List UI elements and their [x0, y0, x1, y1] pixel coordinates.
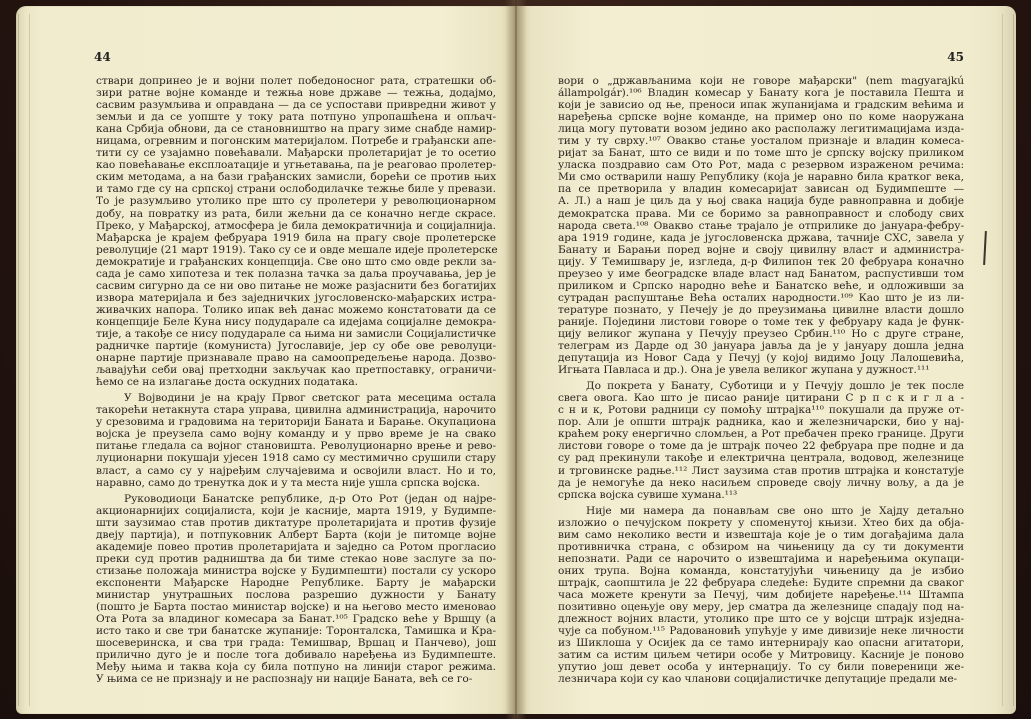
text-line: и трговинске радње.¹¹² Лист заузима став…	[558, 465, 964, 477]
paragraph: Није ми намера да понављам све оно што ј…	[558, 505, 964, 686]
text-line: извора материјала и без заједничких југо…	[96, 292, 496, 304]
text-line: који је зависио од ње, преноси ипак жупа…	[558, 99, 964, 111]
text-line: демократије и грађанских концепција. Све…	[96, 256, 496, 268]
text-line: акционарнијих социјалиста, који је касни…	[96, 505, 496, 517]
page-number: 45	[947, 50, 964, 64]
text-line: чује са побуном.¹¹⁵ Радовановић упућује …	[558, 625, 964, 637]
text-line: ским методама, а на бази грађанских зами…	[96, 171, 496, 183]
pencil-margin-mark	[983, 231, 987, 265]
text-line: Банату и Барањи поред војне и своју циви…	[558, 244, 964, 256]
text-line: ницама, огревним и погонским материјалом…	[96, 135, 496, 147]
text-line: Преко, у Мађарској, атмосфера је била де…	[96, 220, 496, 232]
body-text: вори о „држављанима који не говоре мађар…	[558, 75, 964, 685]
text-line: упутио још девет особа у интернацију. То…	[558, 661, 964, 673]
text-line: депутација из Новог Сада у Печуј (у којо…	[558, 352, 964, 364]
text-line: Руководиоци Банатске републике, д-р Ото …	[96, 493, 496, 505]
text-line: Ота Рота за владиног комесара за Банат.¹…	[96, 613, 496, 625]
text-line: радничке партије (комуниста) Југославије…	[96, 340, 496, 352]
text-line: љавајући себи овај претходни закључак ка…	[96, 364, 496, 376]
text-line: лезничара који су као чланови социјалист…	[558, 673, 964, 685]
text-line: Игњата Павласа и др.). Она је увела вели…	[558, 364, 964, 376]
text-line: лица могу путовати возом једино ако расп…	[558, 123, 964, 135]
text-line: часа можете кренути за Печуј, чим добије…	[558, 589, 964, 601]
text-line: А. Л.) а наш је циљ да у њој свака нациј…	[558, 195, 964, 207]
text-line: свега овога. Као што је писао раније цит…	[558, 392, 964, 404]
text-line: цију. У Темишвару је, изгледа, д-р Филип…	[558, 256, 964, 268]
text-line: преузео у име београдске владе власт над…	[558, 268, 964, 280]
text-line: приликом и Српско народно веће и Банатск…	[558, 280, 964, 292]
text-line: пор. Али је општи штрајк радника, као и …	[558, 416, 964, 428]
page-edges	[1002, 14, 1014, 706]
text-line: ћемо се на излагање доста оскудних подат…	[96, 376, 496, 388]
text-line: су рад прекинули такође и електрична цен…	[558, 452, 964, 464]
page-edges	[18, 14, 30, 706]
body-text: ствари допринео је и војни полет победон…	[96, 75, 496, 685]
text-line: тим у ту сврху.¹⁰⁷ Овакво стање уосталом…	[558, 135, 964, 147]
text-line: штрајк, саопштила је 22 фебруара следеће…	[558, 577, 964, 589]
text-line: прилично дуго је и после тога добивало н…	[96, 649, 496, 661]
paragraph: До покрета у Банату, Суботици и у Печују…	[558, 380, 964, 500]
text-line: добу, на повратку из рата, били жељни да…	[96, 208, 496, 220]
text-line: стизање положаја министра војске у Будим…	[96, 565, 496, 577]
text-line: Ми смо остварили нашу Републику (која је…	[558, 171, 964, 183]
text-line: наравно, само до тренутка док и у та мес…	[96, 477, 496, 489]
text-line: állampolgár).¹⁰⁶ Владин комесар у Банату…	[558, 87, 964, 99]
text-line: кана Србија обнови, да се становништво н…	[96, 123, 496, 135]
text-line: експоненти Мађарске Народне Републике. Б…	[96, 577, 496, 589]
text-line: У Војводини је на крају Првог светског р…	[96, 392, 496, 404]
text-line: академије повео против пролетаријата и з…	[96, 541, 496, 553]
text-line: српска војска сувише хумана.¹¹³	[558, 489, 964, 501]
text-line: па се претворила у владин комесаријат за…	[558, 183, 964, 195]
book-spine	[505, 0, 527, 719]
text-line: двеју партија), и потпуковник Алберт Бар…	[96, 529, 496, 541]
text-line: Међу њима и таква која су била потпуно н…	[96, 661, 496, 673]
text-line: преки суд против радништва да би тиме ст…	[96, 553, 496, 565]
text-line: изложио о печујском покрету у споменутој…	[558, 517, 964, 529]
text-line: луционарни покушаји ујесен 1918 само су …	[96, 452, 496, 464]
text-line: као повећавање експлоатације и угњетавањ…	[96, 159, 496, 171]
text-line: позитивно оцењује ову меру, јер сматра д…	[558, 601, 964, 613]
text-line: тературе познато, у Печеју је до преузим…	[558, 304, 964, 316]
text-line: и тамо где су на српској страни ослободи…	[96, 183, 496, 195]
paragraph: ствари допринео је и војни полет победон…	[96, 75, 496, 388]
text-line: оних трупа. Војна команда, констатујући …	[558, 565, 964, 577]
text-line: шти заузимао став против диктатуре проле…	[96, 517, 496, 529]
text-line: вим само неколико вести и извештаја које…	[558, 529, 964, 541]
text-line: краћем року енергично сломљен, а Рот пре…	[558, 428, 964, 440]
text-line: министар унутрашњих послова разрешио дуж…	[96, 589, 496, 601]
text-line: власт, а само су у најређим случајевима …	[96, 465, 496, 477]
text-line: У њима се не признају и не распознају ни…	[96, 673, 496, 685]
right-page: 45 вори о „држављанима који не говоре ма…	[516, 6, 1016, 714]
text-line: с н и к, Ротови радници су помоћу штрајк…	[558, 404, 964, 416]
text-line: До покрета у Банату, Суботици и у Печују…	[558, 380, 964, 392]
text-line: затим са истим циљем четири особе у Митр…	[558, 649, 964, 661]
text-line: ријат за Банат, што се види и по томе шт…	[558, 147, 964, 159]
text-line: питање гледала са војног становишта. Рев…	[96, 440, 496, 452]
text-line: длежност војних власти, утолико пре што …	[558, 613, 964, 625]
text-line: из Шиклоша у Осијек да се тамо интернира…	[558, 637, 964, 649]
text-line: цију великог жупана у Печују преузео Срб…	[558, 328, 964, 340]
text-line: тити су се узајамно повећавали. Мађарски…	[96, 147, 496, 159]
text-line: тије, а такође се нису подударале са њим…	[96, 328, 496, 340]
text-line: противничка страна, с обзиром на чињениц…	[558, 541, 964, 553]
text-line: раније. Поједини листови говоре о томе т…	[558, 316, 964, 328]
text-line: Мађарска је крајем фебруара 1919 била на…	[96, 232, 496, 244]
text-line: народа света.¹⁰⁸ Овакво стање трајало је…	[558, 220, 964, 232]
text-line: ара 1919 године, када је југословенска д…	[558, 232, 964, 244]
text-line: у срезовима и градовима на територији Ба…	[96, 416, 496, 428]
text-line: исто тако и све три банатске жупаније: Т…	[96, 625, 496, 637]
text-line: да је немогуће да неко насиљем спроведе …	[558, 477, 964, 489]
text-line: сасвим разумљива и оправдана — да се усп…	[96, 99, 496, 111]
text-line: сасвим сигурно да се ни ово питање не мо…	[96, 280, 496, 292]
text-line: наређења српске војне команде, на пример…	[558, 111, 964, 123]
text-line: уласка поздравио сам Ото Рот, мада с рез…	[558, 159, 964, 171]
text-line: живачких напора. Толико ипак већ данас м…	[96, 304, 496, 316]
page-number: 44	[94, 50, 111, 64]
text-line: телеграм из Дарде од 30 јануара јавља да…	[558, 340, 964, 352]
text-line: револуције (21 март 1919). Тако су се и …	[96, 244, 496, 256]
text-line: такорећи нетакнута стара управа, цивилна…	[96, 404, 496, 416]
text-line: концепције Беле Куна нису подударале са …	[96, 316, 496, 328]
text-line: ствари допринео је и војни полет победон…	[96, 75, 496, 87]
paragraph: Руководиоци Банатске републике, д-р Ото …	[96, 493, 496, 686]
paragraph: вори о „држављанима који не говоре мађар…	[558, 75, 964, 376]
text-line: листови говоре о томе да је штрајк почео…	[558, 440, 964, 452]
text-line: зири ратне војне команде и тежња нове др…	[96, 87, 496, 99]
text-line: (пошто је Барта постао министар војске) …	[96, 601, 496, 613]
text-line: демократска права. Ми се боримо за равно…	[558, 208, 964, 220]
text-line: војска је преузела само војну команду и …	[96, 428, 496, 440]
text-line: сутрадан распуштање Већа осталих народно…	[558, 292, 964, 304]
text-line: непознати. Ради се нарочито о извештајим…	[558, 553, 964, 565]
text-line: вори о „држављанима који не говоре мађар…	[558, 75, 964, 87]
text-line: То је разумљиво утолико пре што су проле…	[96, 195, 496, 207]
text-line: шосеверинска, и сва три града: Темишвар,…	[96, 637, 496, 649]
text-line: земљи и да се уопште у току рата потпуно…	[96, 111, 496, 123]
paragraph: У Војводини је на крају Првог светског р…	[96, 392, 496, 488]
text-line: онарне партије признавале право на самоо…	[96, 352, 496, 364]
text-line: Није ми намера да понављам све оно што ј…	[558, 505, 964, 517]
text-line: сада је само хипотеза и тек полазна тачк…	[96, 268, 496, 280]
left-page: 44 ствари допринео је и војни полет побе…	[16, 6, 516, 714]
